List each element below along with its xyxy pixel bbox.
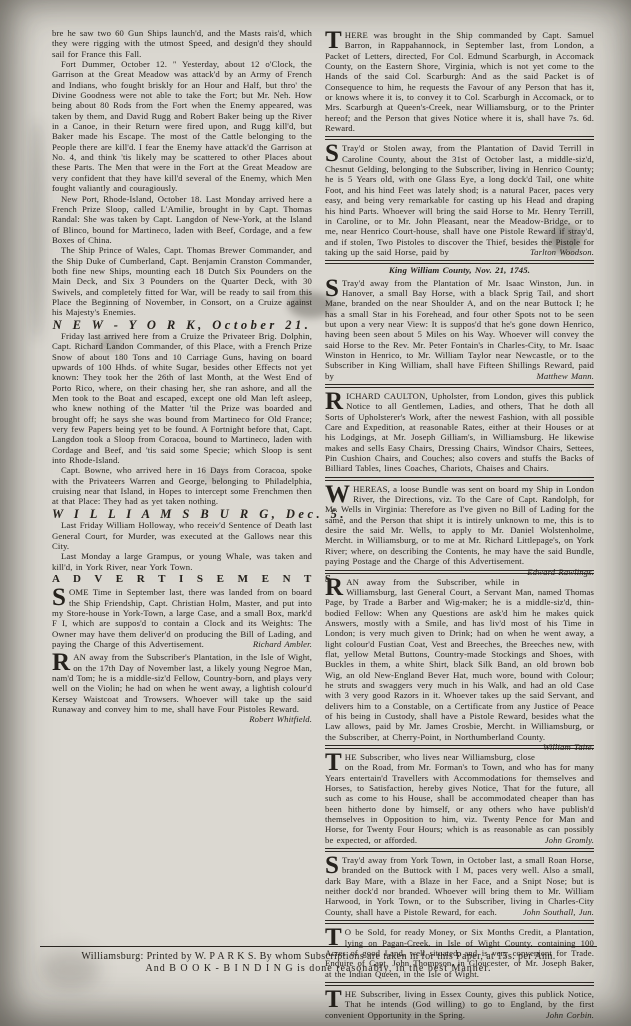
news-newyork-privateer: Friday last arrived here from a Cruize t… <box>52 331 312 465</box>
king-william-dateline: King William County, Nov. 21, 1745. <box>325 265 594 275</box>
ad-loose-bundle: WHEREAS, a loose Bundle was sent on boar… <box>325 482 594 568</box>
section-divider-rule <box>325 920 594 924</box>
imprint-footer: Williamsburg: Printed by W. P A R K S. B… <box>40 946 597 974</box>
ad-signature: John Gromly. <box>537 835 594 845</box>
drop-cap: R <box>325 577 346 597</box>
footer-rule <box>40 946 597 947</box>
ad-runaway-tom: RAN away from the Subscriber's Plantatio… <box>52 650 312 715</box>
drop-cap: T <box>325 989 345 1009</box>
ad-text: Tray'd away from the Plantation of Mr. I… <box>325 278 594 381</box>
section-divider-rule <box>325 260 594 264</box>
news-holloway-execution: Last Friday William Holloway, who receiv… <box>52 520 312 551</box>
ad-scarburgh-packet: THERE was brought in the Ship commanded … <box>325 28 594 134</box>
ad-signature: Edward Rawlings. <box>519 567 594 577</box>
news-fort-dummer: Fort Dummer, October 12. " Yesterday, ab… <box>52 59 312 193</box>
ad-text: AN away from the Subscriber's Plantation… <box>52 652 312 714</box>
newyork-dateline-heading: N E W - Y O R K, October 21. <box>52 320 312 330</box>
ad-signature: John Corbin. <box>538 1010 594 1020</box>
imprint-line-1: Williamsburg: Printed by W. P A R K S. B… <box>40 951 597 962</box>
ad-subscriber-going-to-england: THE Subscriber, living in Essex County, … <box>325 987 594 1021</box>
drop-cap: S <box>325 278 342 298</box>
drop-cap: T <box>325 752 345 772</box>
drop-cap: W <box>325 484 353 504</box>
ad-text: AN away from the Subscriber, while in Wi… <box>325 577 594 742</box>
section-divider-rule <box>325 136 594 140</box>
news-capt-bowne: Capt. Bowne, who arrived here in 16 Days… <box>52 465 312 506</box>
ad-signature: William Taite. <box>535 742 594 752</box>
newspaper-page: bre he saw two 60 Gun Ships launch'd, an… <box>0 0 631 1026</box>
drop-cap: R <box>325 391 346 411</box>
ad-text: HE Subscriber, who lives near Williamsbu… <box>325 752 594 845</box>
ad-runaway-thomas-page: RAN away from the Subscriber, while in W… <box>325 575 594 744</box>
section-divider-rule <box>325 982 594 986</box>
ad-signature: Richard Ambler. <box>245 639 312 649</box>
drop-cap: S <box>325 143 342 163</box>
ad-signature: John Southall, Jun. <box>515 907 594 917</box>
ad-text: Tray'd or Stolen away, from the Plantati… <box>325 143 594 256</box>
ad-richard-caulton-upholsterer: RICHARD CAULTON, Upholster, from London,… <box>325 389 594 475</box>
section-divider-rule <box>325 384 594 388</box>
news-newport: New Port, Rhode-Island, October 18. Last… <box>52 194 312 246</box>
drop-cap: T <box>325 30 345 50</box>
ad-strayed-roan-horse: STray'd away from York Town, in October … <box>325 853 594 918</box>
drop-cap: S <box>52 587 69 607</box>
two-column-layout: bre he saw two 60 Gun Ships launch'd, an… <box>52 28 594 1021</box>
ad-text: ICHARD CAULTON, Upholster, from London, … <box>325 391 594 473</box>
ad-strayed-gelding-terrill: STray'd or Stolen away, from the Plantat… <box>325 141 594 258</box>
left-column: bre he saw two 60 Gun Ships launch'd, an… <box>52 28 312 1021</box>
right-column: THERE was brought in the Ship commanded … <box>325 28 594 1021</box>
news-prince-of-wales: The Ship Prince of Wales, Capt. Thomas B… <box>52 245 312 317</box>
section-divider-rule <box>325 848 594 852</box>
ad-strayed-bay-horse-winston: STray'd away from the Plantation of Mr. … <box>325 276 594 382</box>
drop-cap: R <box>52 652 73 672</box>
ink-blot <box>30 120 44 340</box>
drop-cap: S <box>325 855 342 875</box>
news-continuation-paragraph: bre he saw two 60 Gun Ships launch'd, an… <box>52 28 312 59</box>
ad-signature: Robert Whitfield. <box>241 714 312 724</box>
ad-signature: Tarlton Woodson. <box>522 247 594 257</box>
ad-text: HERE was brought in the Ship commanded b… <box>325 30 594 133</box>
ad-text: HEREAS, a loose Bundle was sent on board… <box>325 484 594 566</box>
advertisements-heading: A D V E R T I S E M E N T S. <box>52 574 312 584</box>
ad-traveller-accommodations: THE Subscriber, who lives near Williamsb… <box>325 750 594 846</box>
news-grampus: Last Monday a large Grampus, or young Wh… <box>52 551 312 572</box>
ad-signature: Matthew Mann. <box>529 371 594 381</box>
williamsburg-dateline-heading: W I L L I A M S B U R G, Dec. 5. <box>52 509 312 519</box>
imprint-line-2: And B O O K - B I N D I N G is done reas… <box>40 963 597 974</box>
section-divider-rule <box>325 477 594 481</box>
ad-clock-case: SOME Time in September last, there was l… <box>52 585 312 650</box>
drop-cap: T <box>325 927 345 947</box>
